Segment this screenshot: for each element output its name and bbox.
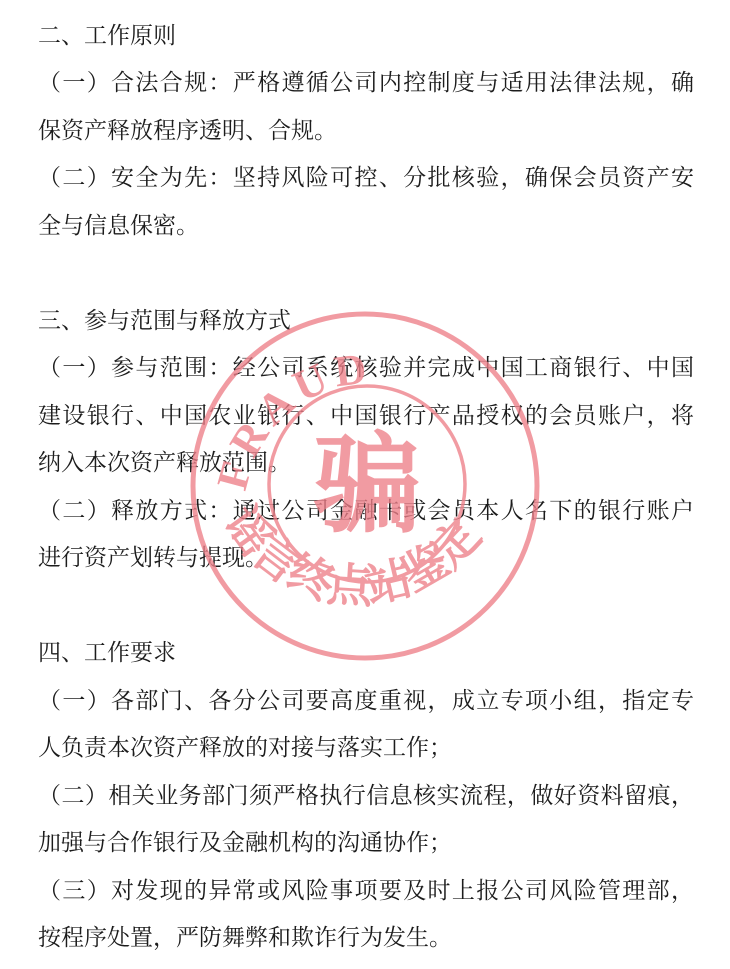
paragraph-line: （二）释放方式：通过公司金融卡或会员本人名下的银行账户 <box>38 496 694 526</box>
paragraph-line: 纳入本次资产释放范围。 <box>38 448 694 478</box>
paragraph-line: 进行资产划转与提现。 <box>38 543 694 573</box>
paragraph-line: 人负责本次资产释放的对接与落实工作； <box>38 733 694 763</box>
document-page: 二、工作原则 （一）合法合规：严格遵循公司内控制度与适用法律法规，确 保资产释放… <box>0 0 730 969</box>
section-heading-requirements: 四、工作要求 <box>38 638 694 668</box>
paragraph-line: （一）参与范围：经公司系统核验并完成中国工商银行、中国 <box>38 353 694 383</box>
paragraph-line: 建设银行、中国农业银行、中国银行产品授权的会员账户，将 <box>38 401 694 431</box>
paragraph-line: （一）各部门、各分公司要高度重视，成立专项小组，指定专 <box>38 686 694 716</box>
paragraph-line: 全与信息保密。 <box>38 211 694 241</box>
paragraph-line: （二）安全为先：坚持风险可控、分批核验，确保会员资产安 <box>38 163 694 193</box>
paragraph-line: （三）对发现的异常或风险事项要及时上报公司风险管理部， <box>38 876 694 906</box>
paragraph-line: 加强与合作银行及金融机构的沟通协作； <box>38 828 694 858</box>
section-heading-scope: 三、参与范围与释放方式 <box>38 306 694 336</box>
section-heading-principles: 二、工作原则 <box>38 21 694 51</box>
paragraph-line: （二）相关业务部门须严格执行信息核实流程，做好资料留痕， <box>38 781 694 811</box>
paragraph-line: （一）合法合规：严格遵循公司内控制度与适用法律法规，确 <box>38 68 694 98</box>
paragraph-line: 按程序处置，严防舞弊和欺诈行为发生。 <box>38 923 694 953</box>
paragraph-line: 保资产释放程序透明、合规。 <box>38 116 694 146</box>
